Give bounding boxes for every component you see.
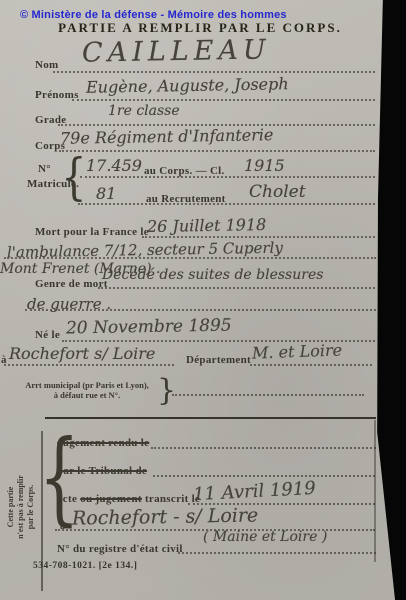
genre-de-mort-label: Genre de mort <box>35 278 108 290</box>
dotted-line <box>53 71 375 73</box>
form-title: PARTIE A REMPLIR PAR LE CORPS. <box>30 20 370 36</box>
dotted-line <box>151 447 376 449</box>
naissance-lieu-value: Rochefort s/ Loire <box>9 344 155 363</box>
arrondissement-label-line2: à défaut rue et N°. <box>16 390 158 400</box>
memoire-des-hommes-watermark: © Ministère de la défense - Mémoire des … <box>20 9 287 21</box>
side-note-rotated: Cette partie n'est pas à remplir par le … <box>6 439 42 575</box>
registre-departement-value: ( Maine et Loire ) <box>203 529 327 545</box>
arrondissement-label: Arrt municipal (pr Paris et Lyon), à déf… <box>16 380 158 400</box>
departement-label: Département <box>186 354 251 366</box>
recrutement-lieu-value: Cholet <box>249 182 306 202</box>
tribunal-label-struck: par le Tribunal de <box>57 465 147 477</box>
arrondissement-brace: } <box>157 375 176 407</box>
dotted-line <box>142 236 375 238</box>
genre-de-mort-value-line1: Décédé des suites de blessures <box>102 267 323 283</box>
acte-label-struck: ou jugement <box>80 493 142 505</box>
dotted-line <box>59 150 375 152</box>
classe-value: 1915 <box>244 156 285 175</box>
matricule-no-label: N° <box>38 163 51 175</box>
matricule-recrutement-number: 81 <box>96 184 116 203</box>
dotted-line <box>4 257 376 259</box>
side-note-line1: Cette partie <box>6 439 16 575</box>
side-note-line2: n'est pas à remplir <box>16 439 26 575</box>
dotted-line <box>80 176 375 178</box>
dotted-line <box>153 475 375 477</box>
mort-pour-la-france-label: Mort pour la France le <box>35 226 149 238</box>
dotted-line <box>25 309 376 311</box>
jugement-label-struck: Jugement rendu le <box>57 437 149 449</box>
arrondissement-label-line1: Arrt municipal (pr Paris et Lyon), <box>16 380 158 390</box>
fiche-mort-pour-la-france: © Ministère de la défense - Mémoire des … <box>0 0 406 600</box>
corps-value: 79e Régiment d'Infanterie <box>60 125 274 148</box>
section-divider-rule <box>45 417 376 419</box>
registre-label: N° du registre d'état civil <box>57 543 183 555</box>
side-note-line3: par le Corps. <box>26 439 36 575</box>
nom-value: CAILLEAU <box>82 34 271 68</box>
acte-label-part1: acte <box>57 493 77 505</box>
print-reference: 534-708-1021. [2e 134.] <box>33 561 137 571</box>
ne-le-label: Né le <box>35 329 60 341</box>
naissance-date-value: 20 Novembre 1895 <box>66 316 232 339</box>
dotted-line <box>98 287 375 289</box>
transcription-date-value: 11 Avril 1919 <box>193 478 317 505</box>
card-edge-rule <box>374 420 376 562</box>
dotted-line <box>172 394 364 396</box>
nom-label: Nom <box>35 59 59 71</box>
dotted-line <box>250 364 372 366</box>
departement-value: M. et Loire <box>252 340 343 362</box>
dotted-line <box>178 552 376 554</box>
dotted-line <box>4 364 174 366</box>
grade-value: 1re classe <box>108 103 180 119</box>
transcription-lieu-value: Rochefort - s/ Loire <box>72 504 259 529</box>
dotted-line <box>78 203 375 205</box>
acte-transcrit-label: acte ou jugement transcrit le <box>57 493 200 505</box>
mort-date-value: 26 Juillet 1918 <box>147 215 267 236</box>
prenoms-value: Eugène, Auguste, Joseph <box>86 74 289 97</box>
dotted-line <box>72 99 375 101</box>
matricule-corps-number: 17.459 <box>86 156 142 175</box>
